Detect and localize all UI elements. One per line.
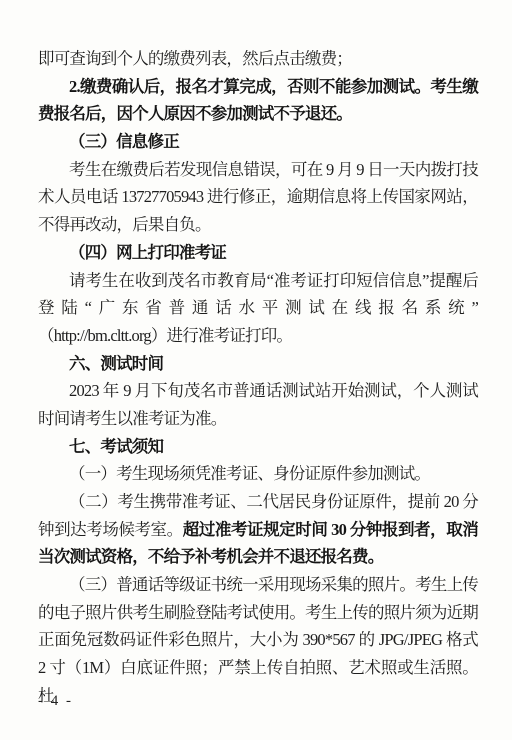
text-line: （http://bm.cltt.org）进行准考证打印。 [38, 322, 478, 350]
body-text: 正面免冠数码证件彩色照片，大小为 390*567 的 JPG/JPEG 格式 [38, 630, 478, 649]
text-line: （三）普通话等级证书统一采用现场采集的照片。考生上传 [38, 571, 478, 599]
text-line: 考生在缴费后若发现信息错误，可在 9 月 9 日一天内拨打技 [38, 156, 478, 184]
text-line: 七、考试须知 [38, 433, 478, 461]
body-text: 考生在缴费后若发现信息错误，可在 9 月 9 日一天内拨打技 [69, 160, 478, 179]
text-line: 费报名后，因个人原因不参加测试不予退还。 [38, 100, 478, 128]
body-text: 时间请考生以准考证为准。 [38, 409, 226, 428]
text-line: （三）信息修正 [38, 128, 478, 156]
text-line: 的电子照片供考生刷脸登陆考试使用。考生上传的照片须为近期 [38, 599, 478, 627]
document-body: 即可查询到个人的缴费列表，然后点击缴费；2.缴费确认后，报名才算完成，否则不能参… [38, 45, 478, 682]
text-line: （一）考生现场须凭准考证、身份证原件参加测试。 [38, 460, 478, 488]
text-line: 2 寸（1M）白底证件照；严禁上传自拍照、艺术照或生活照。杜 [38, 654, 478, 682]
text-line: 不得再改动，后果自负。 [38, 211, 478, 239]
emphasis-text: 当次测试资格，不给予补考机会并不退还报名费。 [38, 547, 383, 566]
emphasis-text: 2.缴费确认后，报名才算完成，否则不能参加测试。考生缴 [69, 77, 478, 96]
text-line: 当次测试资格，不给予补考机会并不退还报名费。 [38, 543, 478, 571]
page-number: - 4 - [38, 693, 73, 710]
text-line: （四）网上打印准考证 [38, 239, 478, 267]
text-line: 即可查询到个人的缴费列表，然后点击缴费； [38, 45, 478, 73]
text-line: 时间请考生以准考证为准。 [38, 405, 478, 433]
text-line: 六、测试时间 [38, 350, 478, 378]
body-text: 请考生在收到茂名市教育局“准考证打印短信信息”提醒后 [69, 271, 478, 290]
text-line: 登陆“广东省普通话水平测试在线报名系统” [38, 294, 478, 322]
body-text: 不得再改动，后果自负。 [38, 215, 211, 234]
emphasis-text: 超过准考证规定时间 30 分钟报到者，取消 [183, 520, 478, 539]
body-text: （三）普通话等级证书统一采用现场采集的照片。考生上传 [69, 575, 478, 594]
emphasis-text: 七、考试须知 [69, 437, 163, 456]
body-text: 钟到达考场候考室。 [38, 520, 183, 539]
emphasis-text: （三）信息修正 [69, 132, 179, 151]
emphasis-text: 费报名后，因个人原因不参加测试不予退还。 [38, 104, 352, 123]
body-text: 2023 年 9 月下旬茂名市普通话测试站开始测试，个人测试 [69, 381, 478, 400]
body-text: 登陆“广东省普通话水平测试在线报名系统” [38, 298, 478, 317]
text-line: 钟到达考场候考室。超过准考证规定时间 30 分钟报到者，取消 [38, 516, 478, 544]
text-line: 正面免冠数码证件彩色照片，大小为 390*567 的 JPG/JPEG 格式 [38, 626, 478, 654]
text-line: 2.缴费确认后，报名才算完成，否则不能参加测试。考生缴 [38, 73, 478, 101]
emphasis-text: （四）网上打印准考证 [69, 243, 226, 262]
body-text: 2 寸（1M）白底证件照；严禁上传自拍照、艺术照或生活照。杜 [38, 658, 478, 705]
document-page: 即可查询到个人的缴费列表，然后点击缴费；2.缴费确认后，报名才算完成，否则不能参… [0, 0, 512, 740]
body-text: 即可查询到个人的缴费列表，然后点击缴费； [38, 49, 352, 68]
body-text: 术人员电话 13727705943 进行修正，逾期信息将上传国家网站， [38, 187, 478, 206]
text-line: 请考生在收到茂名市教育局“准考证打印短信信息”提醒后 [38, 267, 478, 295]
emphasis-text: 六、测试时间 [69, 354, 163, 373]
body-text: （一）考生现场须凭准考证、身份证原件参加测试。 [69, 464, 430, 483]
body-text: （http://bm.cltt.org）进行准考证打印。 [38, 326, 292, 345]
body-text: （二）考生携带准考证、二代居民身份证原件，提前 20 分 [69, 492, 478, 511]
text-line: （二）考生携带准考证、二代居民身份证原件，提前 20 分 [38, 488, 478, 516]
body-text: 的电子照片供考生刷脸登陆考试使用。考生上传的照片须为近期 [38, 603, 478, 622]
text-line: 术人员电话 13727705943 进行修正，逾期信息将上传国家网站， [38, 183, 478, 211]
text-line: 2023 年 9 月下旬茂名市普通话测试站开始测试，个人测试 [38, 377, 478, 405]
